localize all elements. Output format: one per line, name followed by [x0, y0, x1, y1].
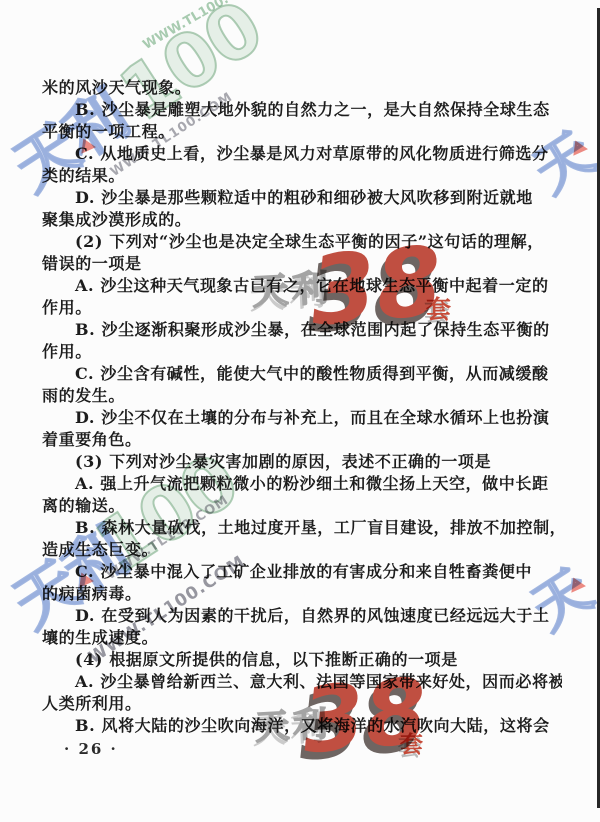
page-number: · 26 ·: [64, 740, 118, 758]
text-line: (4) 根据原文所提供的信息，以下推断正确的一项是: [42, 649, 562, 671]
text-line: C. 沙尘暴中混入了工矿企业排放的有害成分和来自牲畜粪便中: [42, 561, 562, 583]
text-line: D. 沙尘暴是那些颗粒适中的粗砂和细砂被大风吹移到附近就地: [42, 187, 562, 209]
text-line: 聚集成沙漠形成的。: [42, 209, 562, 231]
text-line: 人类所利用。: [42, 693, 562, 715]
text-line: B. 森林大量砍伐，土地过度开垦，工厂盲目建设，排放不加控制，: [42, 517, 562, 539]
scanned-exam-page: WWW.TL100.COM 100 WWW.TL100.COM 天利 100 W…: [0, 0, 600, 822]
text-line: A. 沙尘暴曾给新西兰、意大利、法国等国家带来好处，因而必将被: [42, 671, 562, 693]
text-line: 雨的发生。: [42, 385, 562, 407]
text-line: D. 在受到人为因素的干扰后，自然界的风蚀速度已经远远大于土: [42, 605, 562, 627]
text-line: 的病菌病毒。: [42, 583, 562, 605]
text-line: 类的结果。: [42, 165, 562, 187]
text-line: (3) 下列对沙尘暴灾害加剧的原因，表述不正确的一项是: [42, 451, 562, 473]
text-line: B. 沙尘逐渐积聚形成沙尘暴，在全球范围内起了保持生态平衡的: [42, 319, 562, 341]
text-line: A. 强上升气流把颗粒微小的粉沙细土和微尘扬上天空，做中长距: [42, 473, 562, 495]
watermark-url-green: WWW.TL100.COM: [141, 0, 261, 53]
text-line: 壤的生成速度。: [42, 627, 562, 649]
text-line: (2) 下列对“沙尘也是决定全球生态平衡的因子”这句话的理解，: [42, 231, 562, 253]
text-line: 作用。: [42, 341, 562, 363]
text-line: C. 从地质史上看，沙尘暴是风力对草原带的风化物质进行筛选分: [42, 143, 562, 165]
text-line: 作用。: [42, 297, 562, 319]
text-line: D. 沙尘不仅在土壤的分布与补充上，而且在全球水循环上也扮演: [42, 407, 562, 429]
text-line: A. 沙尘这种天气现象古已有之，它在地球生态平衡中起着一定的: [42, 275, 562, 297]
text-line: 造成生态巨变。: [42, 539, 562, 561]
text-line: 着重要角色。: [42, 429, 562, 451]
text-line: 平衡的一项工程。: [42, 121, 562, 143]
text-line: B. 风将大陆的沙尘吹向海洋，又将海洋的水汽吹向大陆，这将会: [42, 715, 562, 737]
text-line: 离的输送。: [42, 495, 562, 517]
tianli-logo-triangle-right-top: [568, 137, 588, 155]
tianli-logo-triangle-right-mid: [566, 574, 586, 592]
text-line: C. 沙尘含有碱性，能使大气中的酸性物质得到平衡，从而减缓酸: [42, 363, 562, 385]
text-line: B. 沙尘暴是雕塑大地外貌的自然力之一，是大自然保持全球生态: [42, 99, 562, 121]
text-line: 米的风沙天气现象。: [42, 77, 562, 99]
document-body: 米的风沙天气现象。 B. 沙尘暴是雕塑大地外貌的自然力之一，是大自然保持全球生态…: [42, 77, 562, 737]
text-line: 错误的一项是: [42, 253, 562, 275]
